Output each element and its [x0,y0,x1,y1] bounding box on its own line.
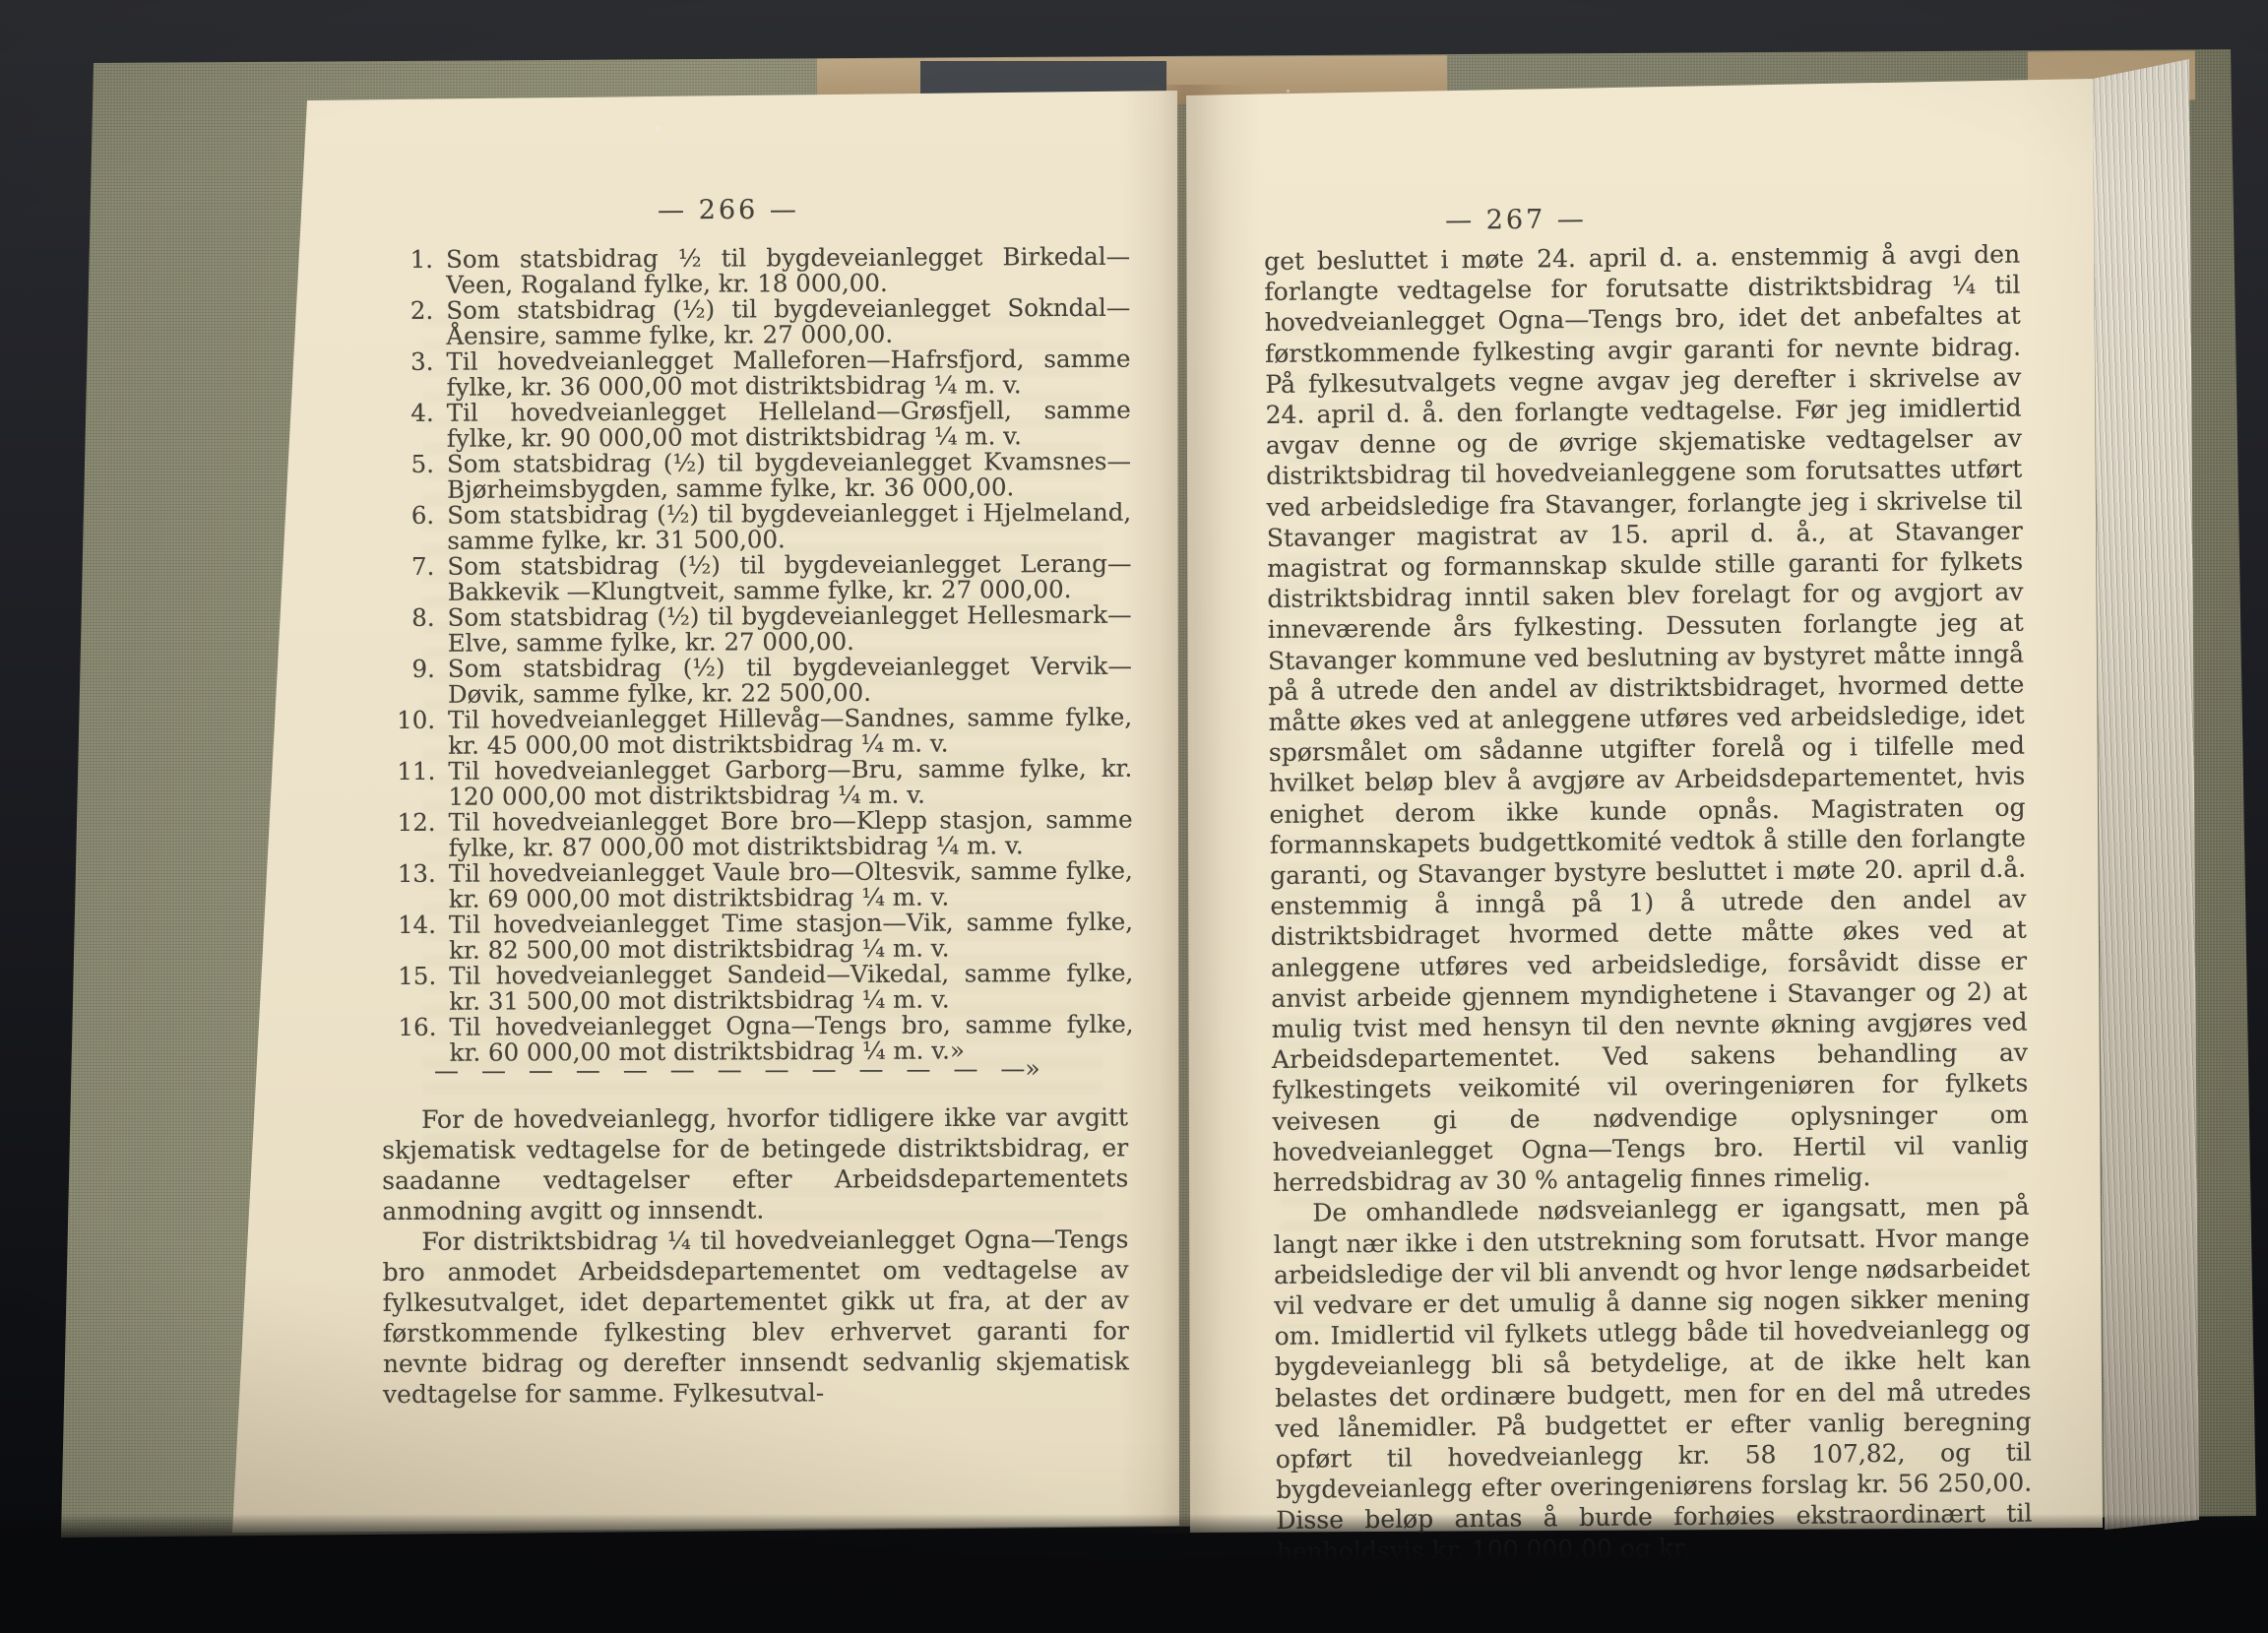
list-item: 14. Til hovedveianlegget Time stasjon—Vi… [391,910,1133,964]
right-page-paragraphs: get besluttet i møte 24. april d. a. ens… [1264,239,2033,1567]
list-item-number: 13. [391,861,449,912]
list-item: 7. Som statsbidrag (½) til bygdeveianleg… [389,551,1131,605]
list-item-text: Som statsbidrag (½) til bygdeveianlegget… [447,449,1131,503]
list-item: 1. Som statsbidrag ½ til bygdeveianlegge… [388,244,1130,298]
list-item-text: Som statsbidrag (½) til bygdeveianlegget… [447,500,1131,554]
list-item-number: 3. [388,349,446,401]
dash-separator: — — — — — — — — — — — — —» [434,1054,1064,1085]
list-item: 11. Til hovedveianlegget Garborg—Bru, sa… [390,756,1132,810]
list-item-text: Som statsbidrag (½) til bygdeveianlegget… [448,654,1132,708]
list-item-number: 11. [390,759,448,810]
list-item-number: 4. [389,401,447,452]
paragraph: For de hovedveianlegg, hvorfor tidligere… [382,1101,1128,1226]
list-item-text: Som statsbidrag (½) til bygdeveianlegget… [447,551,1131,605]
list-item-number: 7. [389,554,447,605]
list-item-text: Til hovedveianlegget Bore bro—Klepp stas… [448,807,1132,861]
list-item-number: 5. [389,452,447,503]
list-item: 3. Til hovedveianlegget Malleforen—Hafrs… [388,346,1130,401]
list-item-text: Til hovedveianlegget Sandeid—Vikedal, sa… [449,961,1133,1015]
list-item: 13. Til hovedveianlegget Vaule bro—Oltes… [391,858,1133,912]
page-number-266: — 266 — [389,193,1068,226]
list-item-number: 12. [390,810,448,861]
list-item: 9. Som statsbidrag (½) til bygdeveianleg… [390,654,1132,708]
list-item-number: 14. [391,912,449,964]
list-item-number: 10. [390,708,448,759]
list-item-text: Til hovedveianlegget Malleforen—Hafrsfjo… [446,346,1130,401]
list-item-number: 1. [388,247,446,298]
list-item: 5. Som statsbidrag (½) til bygdeveianleg… [389,449,1131,503]
list-item-number: 8. [390,605,448,657]
list-item-number: 15. [391,964,449,1015]
list-item: 6. Som statsbidrag (½) til bygdeveianleg… [389,500,1131,554]
list-item: 8. Som statsbidrag (½) til bygdeveianleg… [390,602,1132,657]
list-item-text: Som statsbidrag ½ til bygdeveianlegget B… [446,244,1130,298]
gutter-shadow [1120,85,1260,1534]
list-item-text: Til hovedveianlegget Garborg—Bru, samme … [448,756,1132,810]
paragraph: For distriktsbidrag ¼ til hovedveianlegg… [382,1224,1129,1410]
list-item-number: 9. [390,657,448,708]
list-item-text: Til hovedveianlegget Hillevåg—Sandnes, s… [448,705,1132,759]
list-item-number: 2. [388,298,446,349]
list-item: 12. Til hovedveianlegget Bore bro—Klepp … [390,807,1132,861]
list-item-number: 6. [389,503,447,554]
paragraph: get besluttet i møte 24. april d. a. ens… [1264,239,2029,1199]
list-item-text: Som statsbidrag (½) til bygdeveianlegget… [448,602,1132,657]
list-item: 15. Til hovedveianlegget Sandeid—Vikedal… [391,961,1133,1015]
page-number-267: — 267 — [1265,203,1767,237]
dust-speck [656,126,661,131]
list-item-text: Til hovedveianlegget Vaule bro—Oltesvik,… [449,858,1133,912]
paragraph: De omhandlede nødsveianlegg er igangsatt… [1273,1191,2033,1567]
list-item-text: Som statsbidrag (½) til bygdeveianlegget… [446,295,1130,349]
list-item: 10. Til hovedveianlegget Hillevåg—Sandne… [390,705,1132,759]
book-photo-scene: — 266 — 1. Som statsbidrag ½ til bygdeve… [0,0,2268,1633]
list-item: 2. Som statsbidrag (½) til bygdeveianleg… [388,295,1130,349]
list-item-text: Til hovedveianlegget Helleland—Grøsfjell… [447,398,1131,452]
bottom-shadow [0,1514,2268,1633]
grant-list: 1. Som statsbidrag ½ til bygdeveianlegge… [388,244,1134,1066]
list-item-text: Til hovedveianlegget Time stasjon—Vik, s… [449,910,1133,964]
left-page-paragraphs: For de hovedveianlegg, hvorfor tidligere… [382,1101,1129,1410]
list-item: 4. Til hovedveianlegget Helleland—Grøsfj… [389,398,1131,452]
